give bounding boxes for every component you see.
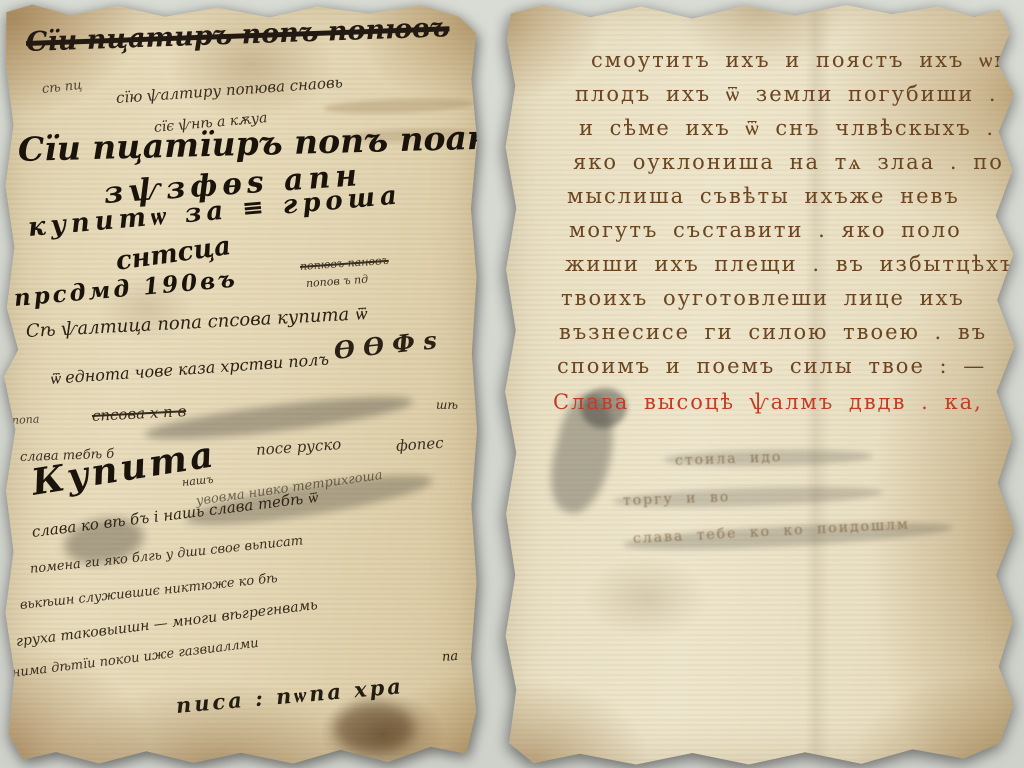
manuscript-line: твоихъ оуготовлеши лице ихъ bbox=[561, 288, 965, 309]
right-page: смоутитъ ихъ и поястъ ихъ ѡгньплодъ ихъ … bbox=[503, 2, 1015, 766]
manuscript-line: Слава высоцѣ ѱалмъ двдв . ка, bbox=[553, 392, 983, 413]
manuscript-line: попа bbox=[12, 414, 40, 426]
manuscript-line: стоила идо bbox=[675, 450, 783, 468]
manuscript-line: яко оуклониша на тѧ злаа . по bbox=[573, 152, 1004, 173]
manuscript-line: мыслиша съвѣты ихъже невъ bbox=[567, 186, 960, 207]
manuscript-line: ѿ еднота чове каза хрстви полъ bbox=[49, 352, 329, 387]
manuscript-line: смоутитъ ихъ и поястъ ихъ ѡгнь bbox=[591, 50, 1024, 71]
manuscript-line: па bbox=[442, 650, 459, 664]
manuscript-line: Сїи пцатїиръ попъ поаювъ о bbox=[18, 118, 580, 166]
manuscript-line: жиши ихъ плещи . въ избытцѣхъ bbox=[565, 254, 1015, 275]
manuscript-photo: Сїи пцатиръ попъ попювъсѣ пцсїю ѱалтиру … bbox=[0, 0, 1024, 768]
right-page-text-block: смоутитъ ихъ и поястъ ихъ ѡгньплодъ ихъ … bbox=[503, 2, 1015, 766]
manuscript-line: и сѣме ихъ ѿ снъ члвѣскыхъ . bbox=[579, 118, 995, 139]
left-page: Сїи пцатиръ попъ попювъсѣ пцсїю ѱалтиру … bbox=[4, 3, 478, 765]
manuscript-line: попювъ пановъ bbox=[300, 255, 390, 272]
manuscript-line: сїю ѱалтиру попюва снаовь bbox=[115, 75, 343, 106]
manuscript-line: Ѳ Ѳ Ф ѕ bbox=[333, 328, 438, 363]
manuscript-line: слава тебе ко ко поидошлм bbox=[633, 518, 911, 546]
manuscript-line: посе руско bbox=[255, 437, 341, 458]
manuscript-line: плодъ ихъ ѿ земли погубиши . bbox=[575, 84, 998, 105]
left-page-wrap: Сїи пцатиръ попъ попювъсѣ пцсїю ѱалтиру … bbox=[4, 3, 478, 765]
manuscript-line: помена ги яко блгь у дши свое вьписат bbox=[29, 534, 303, 576]
manuscript-line: възнесисе ги силою твоею . въ bbox=[559, 322, 987, 343]
right-page-wrap: смоутитъ ихъ и поястъ ихъ ѡгньплодъ ихъ … bbox=[503, 2, 1015, 766]
manuscript-line: могутъ съставити . яко поло bbox=[569, 220, 962, 241]
manuscript-line: спсова х п в bbox=[92, 404, 187, 424]
manuscript-line: споимъ и поемъ силы твое : — bbox=[557, 356, 986, 377]
left-page-text-block: Сїи пцатиръ попъ попювъсѣ пцсїю ѱалтиру … bbox=[4, 3, 478, 765]
manuscript-line: попов ъ пд bbox=[306, 274, 369, 289]
manuscript-line: фопес bbox=[395, 436, 444, 454]
manuscript-line: Сѣ ѱалтица попа спсова купита ѿ bbox=[26, 305, 367, 341]
manuscript-line: писа : пѡпа хра bbox=[175, 675, 405, 716]
manuscript-line: нашъ bbox=[181, 474, 214, 488]
manuscript-line: шѣ bbox=[436, 399, 458, 411]
manuscript-line: торгу и во bbox=[623, 490, 731, 508]
manuscript-line: Купита bbox=[29, 436, 218, 501]
manuscript-line: сѣ пц bbox=[41, 79, 82, 96]
manuscript-line: Сїи пцатиръ попъ попювъ bbox=[26, 14, 450, 56]
